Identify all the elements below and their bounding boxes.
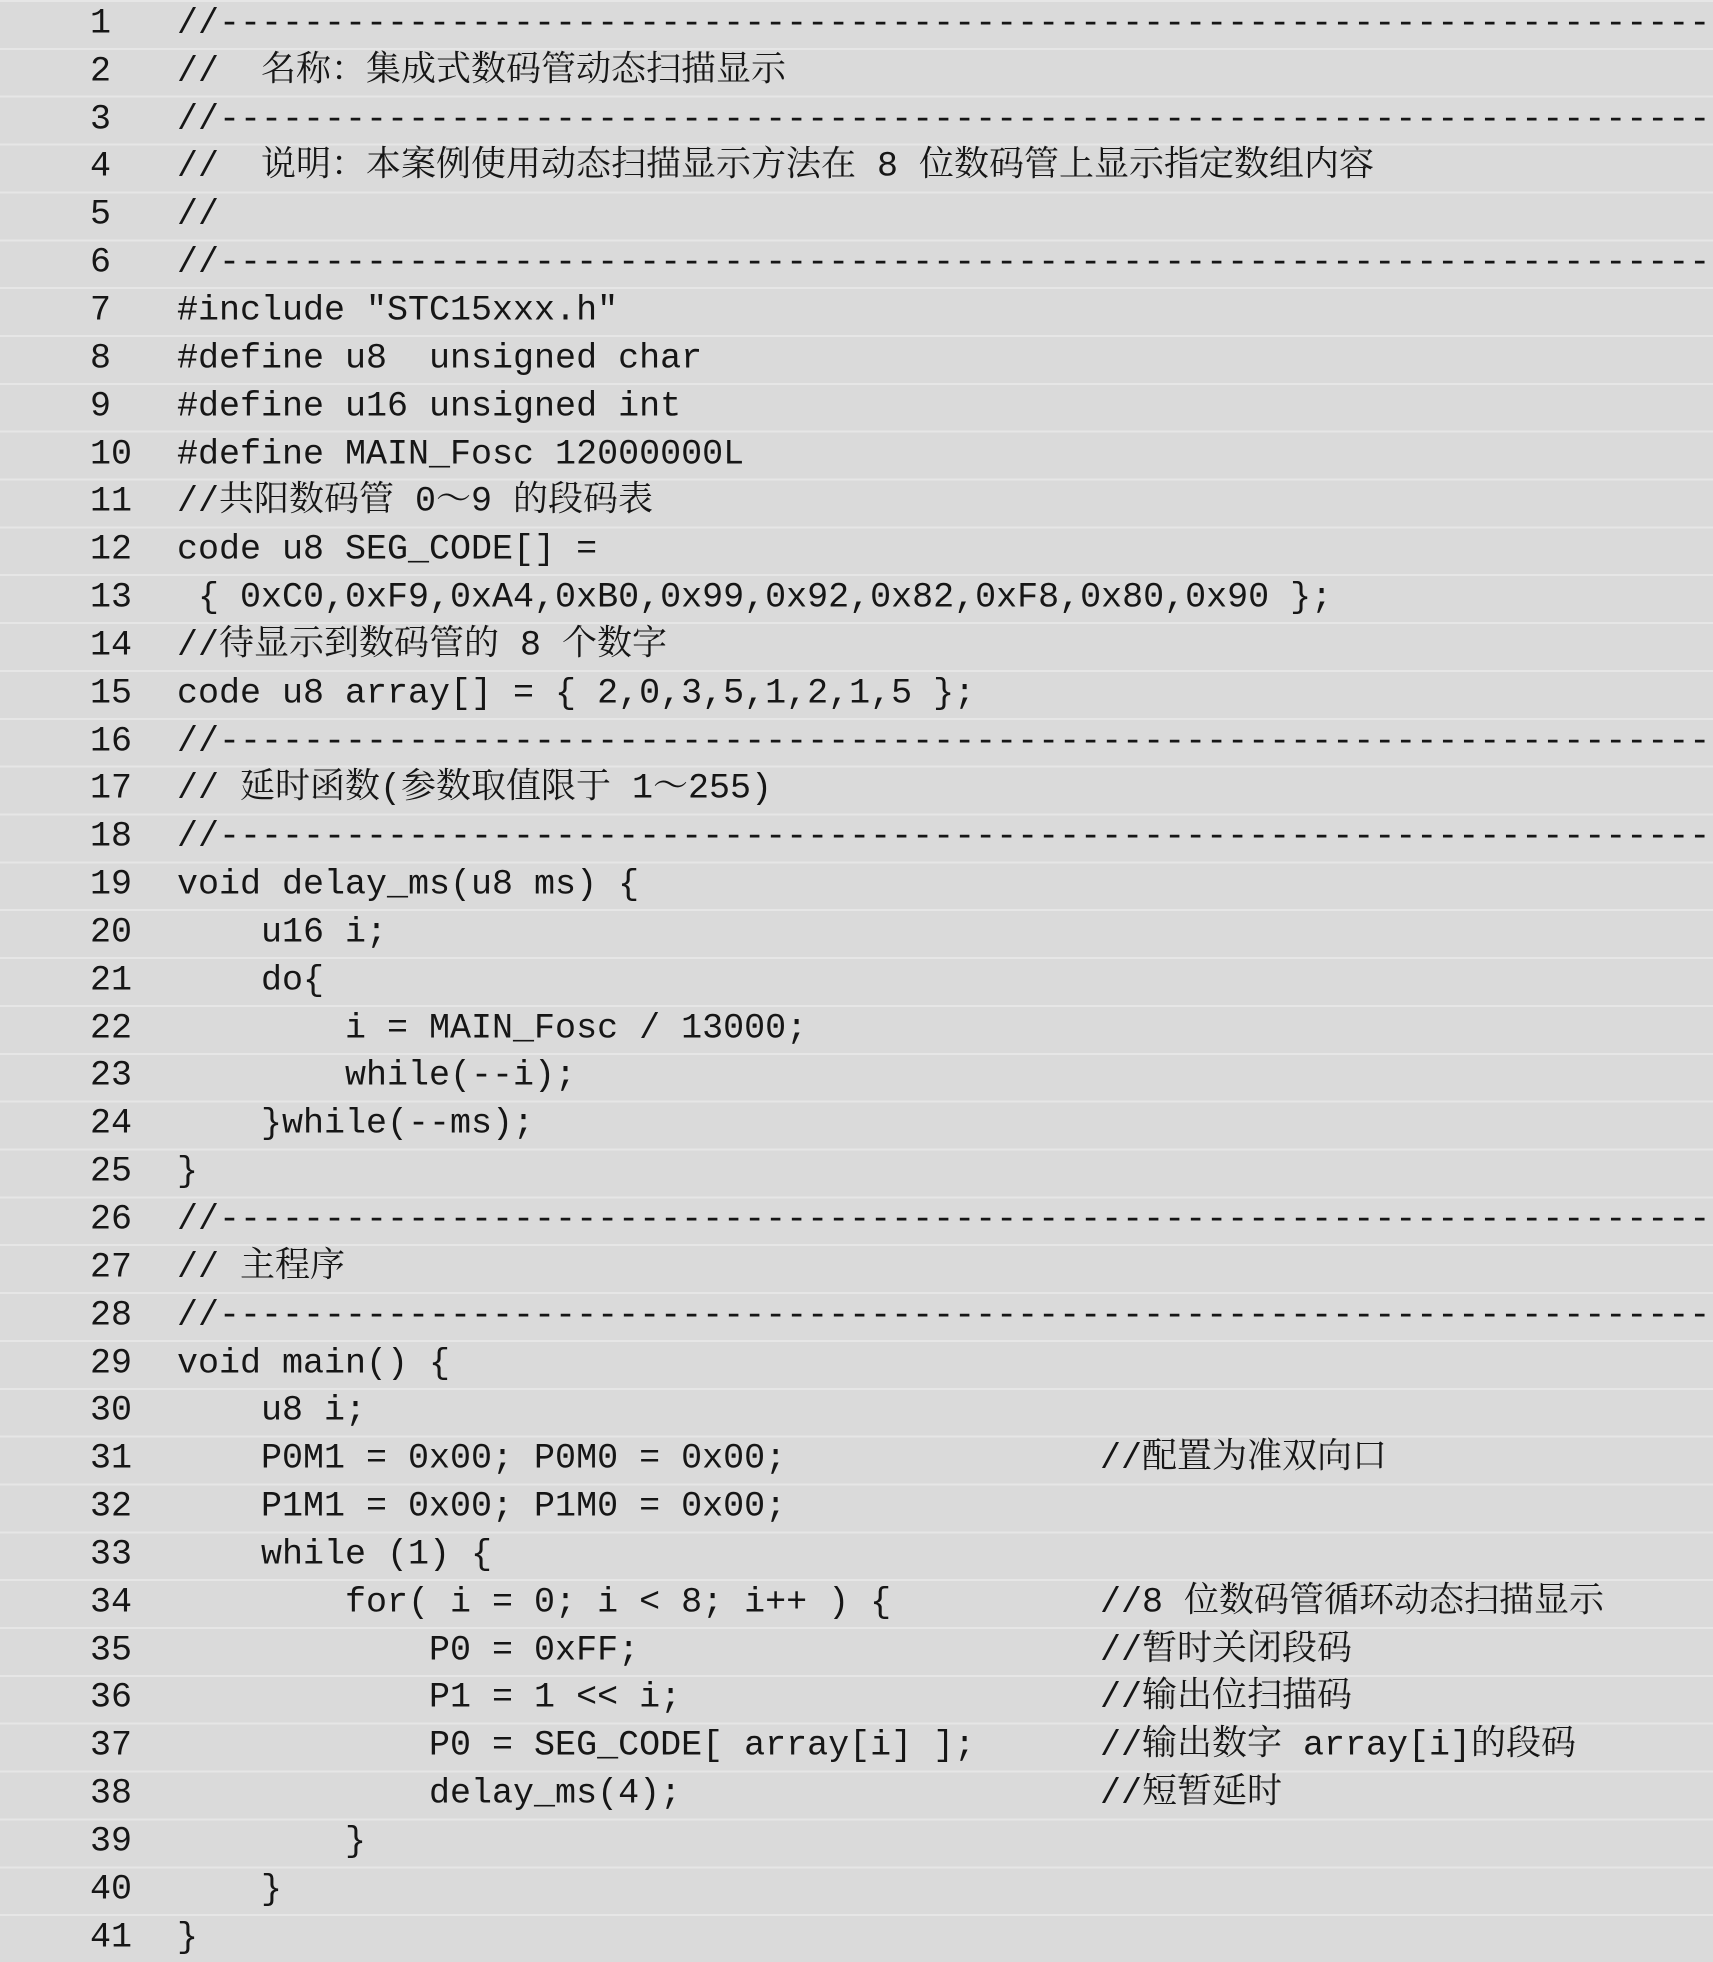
code-text: // 延时函数(参数取值限于 1～255) bbox=[177, 772, 772, 807]
code-text: //--------------------------------------… bbox=[177, 6, 1713, 41]
line-number: 35 bbox=[90, 1633, 132, 1668]
line-number: 4 bbox=[90, 150, 111, 185]
code-text: //共阳数码管 0～9 的段码表 bbox=[177, 485, 653, 520]
line-number: 41 bbox=[90, 1920, 132, 1955]
code-line: 9 #define u16 unsigned int bbox=[0, 383, 1713, 431]
code-text: } bbox=[177, 1155, 198, 1190]
code-line: 40 } bbox=[0, 1866, 1713, 1914]
code-text: #define u16 unsigned int bbox=[177, 389, 681, 424]
code-line: 38 delay_ms(4); //短暂延时 bbox=[0, 1770, 1713, 1818]
code-line: 33 while (1) { bbox=[0, 1531, 1713, 1579]
line-number: 14 bbox=[90, 628, 132, 663]
line-number: 23 bbox=[90, 1059, 132, 1094]
code-line: 30 u8 i; bbox=[0, 1387, 1713, 1435]
code-line: 34 for( i = 0; i < 8; i++ ) { //8 位数码管循环… bbox=[0, 1579, 1713, 1627]
comment-text: //暂时关闭段码 bbox=[1100, 1633, 1352, 1668]
comment-text: //8 位数码管循环动态扫描显示 bbox=[1100, 1585, 1604, 1620]
line-number: 37 bbox=[90, 1729, 132, 1764]
code-text: //--------------------------------------… bbox=[177, 102, 1713, 137]
code-text: while(--i); bbox=[177, 1059, 576, 1094]
comment-text: //输出数字 array[i]的段码 bbox=[1100, 1729, 1576, 1764]
code-text: delay_ms(4); bbox=[177, 1777, 681, 1812]
code-text: // 名称：集成式数码管动态扫描显示 bbox=[177, 54, 786, 89]
code-text: #include "STC15xxx.h" bbox=[177, 293, 618, 328]
line-number: 11 bbox=[90, 485, 132, 520]
code-text: } bbox=[177, 1824, 366, 1859]
line-number: 30 bbox=[90, 1394, 132, 1429]
line-number: 1 bbox=[90, 6, 111, 41]
code-line: 18 //-----------------------------------… bbox=[0, 813, 1713, 861]
code-text: P0M1 = 0x00; P0M0 = 0x00; bbox=[177, 1442, 786, 1477]
code-line: 21 do{ bbox=[0, 957, 1713, 1005]
code-line: 37 P0 = SEG_CODE[ array[i] ]; //输出数字 arr… bbox=[0, 1722, 1713, 1770]
code-text: P1 = 1 << i; bbox=[177, 1681, 681, 1716]
code-line: 14 //待显示到数码管的 8 个数字 bbox=[0, 622, 1713, 670]
code-line: 4 // 说明：本案例使用动态扫描显示方法在 8 位数码管上显示指定数组内容 bbox=[0, 144, 1713, 192]
line-number: 3 bbox=[90, 102, 111, 137]
line-number: 7 bbox=[90, 293, 111, 328]
code-text: do{ bbox=[177, 963, 324, 998]
code-line: 26 //-----------------------------------… bbox=[0, 1196, 1713, 1244]
code-line: 8 #define u8 unsigned char bbox=[0, 335, 1713, 383]
code-text: { 0xC0,0xF9,0xA4,0xB0,0x99,0x92,0x82,0xF… bbox=[177, 581, 1332, 616]
code-text: #define u8 unsigned char bbox=[177, 341, 702, 376]
code-line: 11 //共阳数码管 0～9 的段码表 bbox=[0, 478, 1713, 526]
code-line: 31 P0M1 = 0x00; P0M0 = 0x00; //配置为准双向口 bbox=[0, 1435, 1713, 1483]
code-text: #define MAIN_Fosc 12000000L bbox=[177, 437, 744, 472]
code-text: u8 i; bbox=[177, 1394, 366, 1429]
code-text: // 说明：本案例使用动态扫描显示方法在 8 位数码管上显示指定数组内容 bbox=[177, 150, 1374, 185]
line-number: 25 bbox=[90, 1155, 132, 1190]
code-text: void delay_ms(u8 ms) { bbox=[177, 868, 639, 903]
code-text: } bbox=[177, 1872, 282, 1907]
line-number: 15 bbox=[90, 676, 132, 711]
line-number: 5 bbox=[90, 198, 111, 233]
line-number: 38 bbox=[90, 1777, 132, 1812]
code-line: 24 }while(--ms); bbox=[0, 1100, 1713, 1148]
code-line: 35 P0 = 0xFF; //暂时关闭段码 bbox=[0, 1627, 1713, 1675]
code-text: //待显示到数码管的 8 个数字 bbox=[177, 628, 667, 663]
code-line: 28 //-----------------------------------… bbox=[0, 1292, 1713, 1340]
line-number: 9 bbox=[90, 389, 111, 424]
code-line: 3 //------------------------------------… bbox=[0, 96, 1713, 144]
code-text: i = MAIN_Fosc / 13000; bbox=[177, 1011, 807, 1046]
code-text: code u8 SEG_CODE[] = bbox=[177, 533, 597, 568]
line-number: 2 bbox=[90, 54, 111, 89]
line-number: 18 bbox=[90, 820, 132, 855]
code-text: }while(--ms); bbox=[177, 1107, 534, 1142]
line-number: 20 bbox=[90, 915, 132, 950]
code-text: P0 = SEG_CODE[ array[i] ]; bbox=[177, 1729, 975, 1764]
line-number: 27 bbox=[90, 1250, 132, 1285]
line-number: 8 bbox=[90, 341, 111, 376]
code-line: 25 } bbox=[0, 1148, 1713, 1196]
comment-text: //短暂延时 bbox=[1100, 1777, 1282, 1812]
code-line: 36 P1 = 1 << i; //输出位扫描码 bbox=[0, 1675, 1713, 1723]
line-number: 39 bbox=[90, 1824, 132, 1859]
code-text: P0 = 0xFF; bbox=[177, 1633, 639, 1668]
code-line: 27 // 主程序 bbox=[0, 1244, 1713, 1292]
code-line: 19 void delay_ms(u8 ms) { bbox=[0, 861, 1713, 909]
code-text: //--------------------------------------… bbox=[177, 724, 1713, 759]
code-listing: 1 //------------------------------------… bbox=[0, 0, 1713, 1962]
code-text: for( i = 0; i < 8; i++ ) { bbox=[177, 1585, 891, 1620]
code-line: 10 #define MAIN_Fosc 12000000L bbox=[0, 431, 1713, 479]
code-line: 15 code u8 array[] = { 2,0,3,5,1,2,1,5 }… bbox=[0, 670, 1713, 718]
line-number: 40 bbox=[90, 1872, 132, 1907]
line-number: 33 bbox=[90, 1537, 132, 1572]
line-number: 10 bbox=[90, 437, 132, 472]
line-number: 29 bbox=[90, 1346, 132, 1381]
line-number: 32 bbox=[90, 1490, 132, 1525]
code-text: // bbox=[177, 198, 219, 233]
code-text: code u8 array[] = { 2,0,3,5,1,2,1,5 }; bbox=[177, 676, 975, 711]
code-line: 39 } bbox=[0, 1818, 1713, 1866]
code-line: 29 void main() { bbox=[0, 1340, 1713, 1388]
code-text: //--------------------------------------… bbox=[177, 820, 1713, 855]
comment-text: //配置为准双向口 bbox=[1100, 1442, 1387, 1477]
line-number: 17 bbox=[90, 772, 132, 807]
code-line: 20 u16 i; bbox=[0, 909, 1713, 957]
code-text: while (1) { bbox=[177, 1537, 492, 1572]
line-number: 28 bbox=[90, 1298, 132, 1333]
line-number: 21 bbox=[90, 963, 132, 998]
line-number: 36 bbox=[90, 1681, 132, 1716]
code-text: u16 i; bbox=[177, 915, 387, 950]
code-line: 6 //------------------------------------… bbox=[0, 239, 1713, 287]
code-text: } bbox=[177, 1920, 198, 1955]
line-number: 6 bbox=[90, 246, 111, 281]
line-number: 24 bbox=[90, 1107, 132, 1142]
code-line: 32 P1M1 = 0x00; P1M0 = 0x00; bbox=[0, 1483, 1713, 1531]
code-line: 17 // 延时函数(参数取值限于 1～255) bbox=[0, 766, 1713, 814]
code-line: 16 //-----------------------------------… bbox=[0, 718, 1713, 766]
code-text: //--------------------------------------… bbox=[177, 1203, 1713, 1238]
code-line: 23 while(--i); bbox=[0, 1053, 1713, 1101]
code-line: 13 { 0xC0,0xF9,0xA4,0xB0,0x99,0x92,0x82,… bbox=[0, 574, 1713, 622]
code-line: 41 } bbox=[0, 1914, 1713, 1962]
code-line: 22 i = MAIN_Fosc / 13000; bbox=[0, 1005, 1713, 1053]
line-number: 31 bbox=[90, 1442, 132, 1477]
code-line: 1 //------------------------------------… bbox=[0, 0, 1713, 48]
line-number: 12 bbox=[90, 533, 132, 568]
line-number: 13 bbox=[90, 581, 132, 616]
code-text: //--------------------------------------… bbox=[177, 1298, 1713, 1333]
line-number: 16 bbox=[90, 724, 132, 759]
line-number: 22 bbox=[90, 1011, 132, 1046]
code-line: 12 code u8 SEG_CODE[] = bbox=[0, 526, 1713, 574]
code-line: 5 // bbox=[0, 191, 1713, 239]
line-number: 34 bbox=[90, 1585, 132, 1620]
comment-text: //输出位扫描码 bbox=[1100, 1681, 1352, 1716]
code-text: //--------------------------------------… bbox=[177, 246, 1713, 281]
line-number: 19 bbox=[90, 868, 132, 903]
code-line: 2 // 名称：集成式数码管动态扫描显示 bbox=[0, 48, 1713, 96]
code-text: P1M1 = 0x00; P1M0 = 0x00; bbox=[177, 1490, 786, 1525]
line-number: 26 bbox=[90, 1203, 132, 1238]
code-line: 7 #include "STC15xxx.h" bbox=[0, 287, 1713, 335]
code-text: void main() { bbox=[177, 1346, 450, 1381]
code-text: // 主程序 bbox=[177, 1250, 345, 1285]
